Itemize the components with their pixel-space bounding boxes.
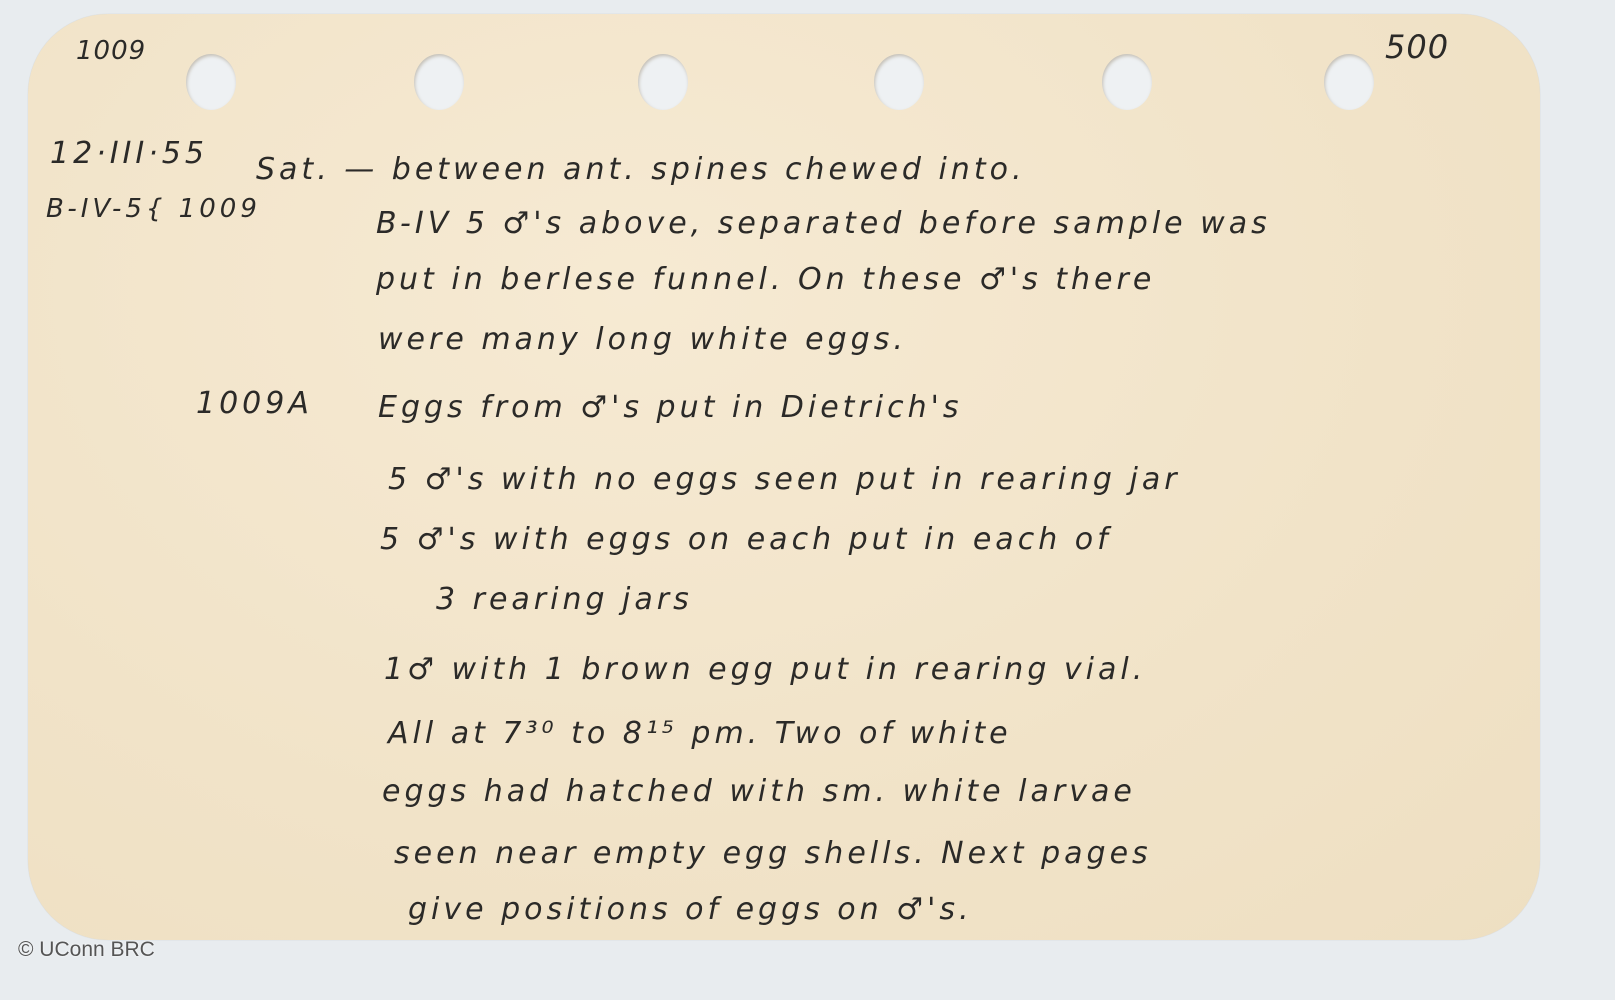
binder-hole <box>186 54 236 110</box>
note-line: Sat. — between ant. spines chewed into. <box>256 152 1025 187</box>
date-label: 12·III·55 <box>50 136 208 171</box>
note-line: eggs had hatched with sm. white larvae <box>382 774 1136 809</box>
binder-hole <box>638 54 688 110</box>
note-line: 5 ♂'s with no eggs seen put in rearing j… <box>388 462 1181 497</box>
binder-hole <box>1324 54 1374 110</box>
note-line: seen near empty egg shells. Next pages <box>394 836 1152 871</box>
specimen-label: B-IV-5{ 1009 <box>46 194 261 224</box>
corner-number-right: 500 <box>1385 28 1449 66</box>
binder-hole <box>414 54 464 110</box>
note-line: 1♂ with 1 brown egg put in rearing vial. <box>384 652 1146 687</box>
note-line: Eggs from ♂'s put in Dietrich's <box>378 390 962 425</box>
note-line: give positions of eggs on ♂'s. <box>408 892 973 927</box>
binder-hole <box>874 54 924 110</box>
note-line: 3 rearing jars <box>436 582 693 617</box>
copyright-watermark: © UConn BRC <box>18 938 155 962</box>
binder-hole <box>1102 54 1152 110</box>
note-line: put in berlese funnel. On these ♂'s ther… <box>376 262 1155 297</box>
corner-number-left: 1009 <box>76 36 146 66</box>
note-line: 5 ♂'s with eggs on each put in each of <box>380 522 1112 557</box>
index-card: 1009 500 12·III·55 Sat. — between ant. s… <box>28 14 1540 940</box>
note-line: were many long white eggs. <box>378 322 907 357</box>
note-line: All at 7³⁰ to 8¹⁵ pm. Two of white <box>388 716 1012 751</box>
specimen-label: 1009A <box>196 386 313 421</box>
note-line: B-IV 5 ♂'s above, separated before sampl… <box>376 206 1271 241</box>
